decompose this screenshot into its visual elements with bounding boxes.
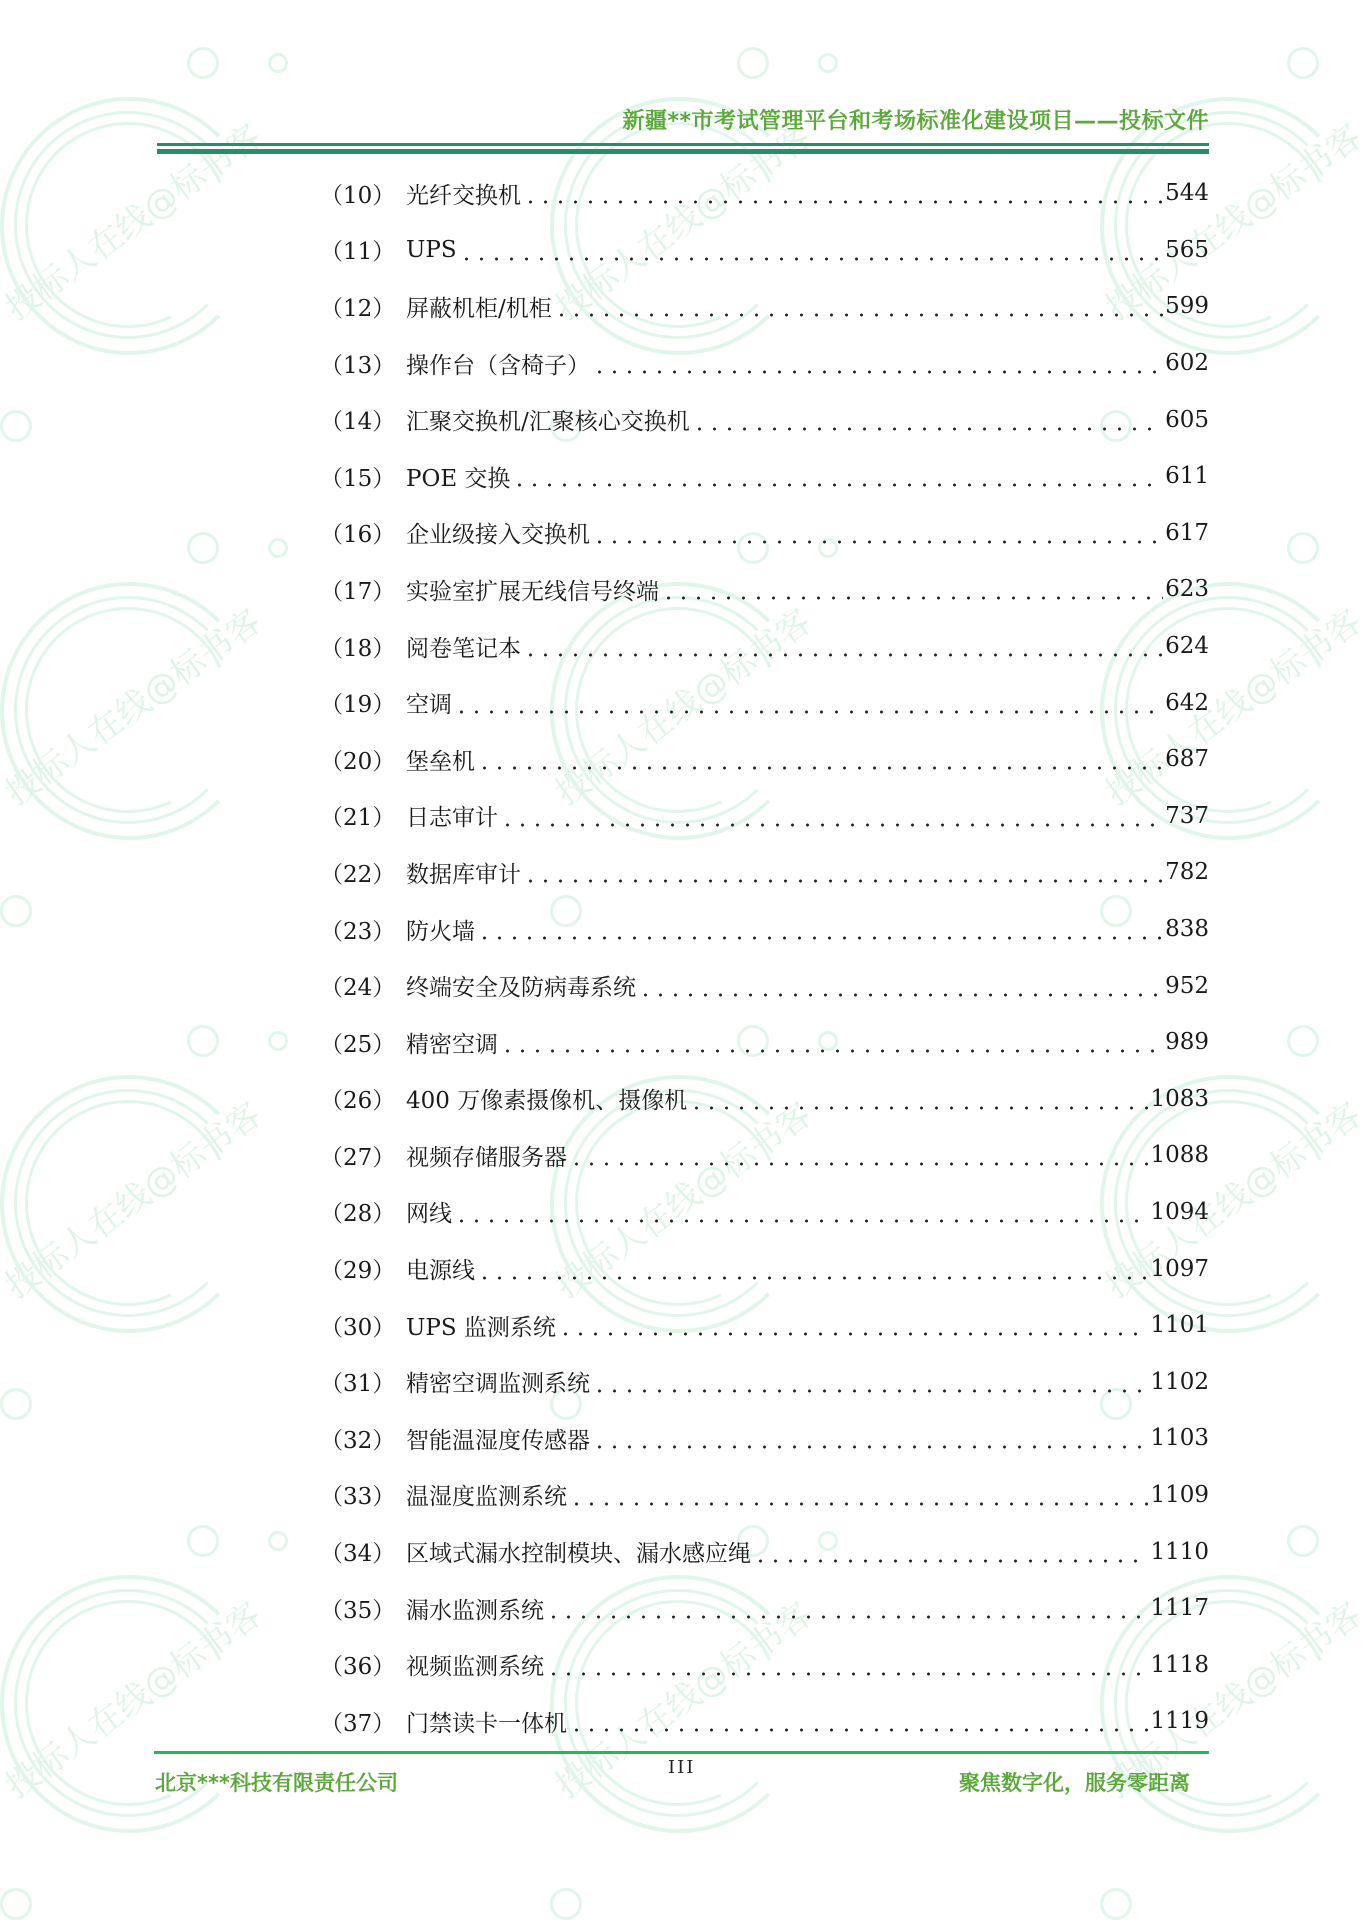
toc-entry[interactable]: （30）UPS 监测系统1101: [320, 1297, 1209, 1354]
toc-entry-page: 1101: [1150, 1312, 1209, 1338]
toc-entry[interactable]: （36）视频监测系统1118: [320, 1636, 1209, 1693]
toc-entry-number: （30）: [320, 1309, 406, 1342]
toc-entry[interactable]: （22）数据库审计782: [320, 844, 1209, 901]
toc-entry-number: （14）: [320, 403, 406, 436]
toc-entry-number: （25）: [320, 1026, 406, 1059]
toc-entry[interactable]: （17）实验室扩展无线信号终端623: [320, 561, 1209, 618]
dot-leader: [477, 1259, 1148, 1283]
toc-entry-number: （21）: [320, 799, 406, 832]
toc-entry-title: 400 万像素摄像机、摄像机: [406, 1082, 687, 1115]
dot-leader: [689, 1089, 1148, 1113]
toc-entry-title: 漏水监测系统: [406, 1592, 544, 1625]
toc-entry-page: 1109: [1150, 1482, 1209, 1508]
toc-entry-title: 网线: [406, 1195, 452, 1228]
dot-leader: [523, 183, 1163, 207]
toc-entry[interactable]: （26）400 万像素摄像机、摄像机1083: [320, 1071, 1209, 1128]
toc-entry-page: 599: [1165, 293, 1209, 319]
toc-entry-number: （26）: [320, 1082, 406, 1115]
toc-entry-page: 782: [1165, 859, 1209, 885]
toc-entry-number: （13）: [320, 347, 406, 380]
toc-entry[interactable]: （31）精密空调监测系统1102: [320, 1353, 1209, 1410]
toc-entry-title: 企业级接入交换机: [406, 516, 590, 549]
toc-entry[interactable]: （12）屏蔽机柜/机柜599: [320, 278, 1209, 335]
dot-leader: [592, 523, 1163, 547]
toc-entry-page: 565: [1165, 237, 1209, 263]
toc-entry[interactable]: （33）温湿度监测系统1109: [320, 1467, 1209, 1524]
dot-leader: [592, 353, 1163, 377]
toc-entry-page: 1094: [1150, 1199, 1209, 1225]
toc-entry[interactable]: （25）精密空调989: [320, 1014, 1209, 1071]
toc-entry-number: （24）: [320, 969, 406, 1002]
toc-entry[interactable]: （20）堡垒机687: [320, 731, 1209, 788]
toc-entry-page: 642: [1165, 690, 1209, 716]
toc-entry[interactable]: （15）POE 交换611: [320, 448, 1209, 505]
toc-entry-page: 1110: [1150, 1539, 1209, 1565]
toc-entry-title: 视频存储服务器: [406, 1139, 567, 1172]
toc-entry[interactable]: （13）操作台（含椅子）602: [320, 335, 1209, 392]
toc-entry-title: 精密空调: [406, 1026, 498, 1059]
toc-entry[interactable]: （29）电源线1097: [320, 1240, 1209, 1297]
toc-entry-title: 智能温湿度传感器: [406, 1422, 590, 1455]
toc-entry-page: 602: [1165, 350, 1209, 376]
toc-entry-page: 737: [1165, 803, 1209, 829]
toc-entry-number: （10）: [320, 177, 406, 210]
header-rule-thin: [157, 143, 1209, 146]
dot-leader: [523, 862, 1163, 886]
toc-entry-number: （37）: [320, 1705, 406, 1738]
toc-entry-title: 空调: [406, 686, 452, 719]
toc-entry-number: （34）: [320, 1535, 406, 1568]
header-title: 新疆**市考试管理平台和考场标准化建设项目——投标文件: [622, 104, 1209, 135]
dot-leader: [592, 1372, 1148, 1396]
toc-entry-title: POE 交换: [406, 460, 510, 493]
toc-entry-page: 544: [1165, 180, 1209, 206]
dot-leader: [500, 806, 1163, 830]
toc-entry-number: （23）: [320, 913, 406, 946]
toc-entry[interactable]: （35）漏水监测系统1117: [320, 1580, 1209, 1637]
toc-entry[interactable]: （27）视频存储服务器1088: [320, 1127, 1209, 1184]
toc-entry[interactable]: （32）智能温湿度传感器1103: [320, 1410, 1209, 1467]
toc-entry[interactable]: （10）光纤交换机544: [320, 165, 1209, 222]
toc-entry[interactable]: （21）日志审计737: [320, 788, 1209, 845]
toc-entry-title: 操作台（含椅子）: [406, 347, 590, 380]
toc-entry[interactable]: （28）网线1094: [320, 1184, 1209, 1241]
toc-entry-title: 电源线: [406, 1252, 475, 1285]
toc-entry-title: 日志审计: [406, 799, 498, 832]
toc-entry-page: 1088: [1150, 1142, 1209, 1168]
dot-leader: [569, 1485, 1148, 1509]
footer-slogan: 聚焦数字化，服务零距离: [959, 1767, 1190, 1797]
toc-entry-page: 1103: [1150, 1425, 1209, 1451]
toc-entry-number: （31）: [320, 1365, 406, 1398]
toc-entry-number: （36）: [320, 1648, 406, 1681]
toc-entry-number: （33）: [320, 1478, 406, 1511]
dot-leader: [512, 466, 1163, 490]
toc-entry-number: （20）: [320, 743, 406, 776]
toc-entry-number: （18）: [320, 630, 406, 663]
footer-rule: [154, 1751, 1209, 1754]
toc-entry-page: 1119: [1150, 1708, 1209, 1734]
toc-entry-title: 终端安全及防病毒系统: [406, 969, 636, 1002]
toc-entry-title: 温湿度监测系统: [406, 1478, 567, 1511]
dot-leader: [569, 1145, 1148, 1169]
toc-entry-number: （11）: [320, 233, 406, 266]
toc-entry-title: UPS: [406, 237, 457, 263]
footer-page-number: III: [668, 1757, 695, 1778]
toc-entry-page: 952: [1165, 973, 1209, 999]
document-page: 新疆**市考试管理平台和考场标准化建设项目——投标文件 （10）光纤交换机544…: [0, 0, 1366, 1932]
toc-entry-title: 汇聚交换机/汇聚核心交换机: [406, 403, 690, 436]
toc-entry-title: 门禁读卡一体机: [406, 1705, 567, 1738]
dot-leader: [638, 976, 1163, 1000]
dot-leader: [477, 919, 1163, 943]
toc-entry-title: 阅卷笔记本: [406, 630, 521, 663]
toc-entry-page: 623: [1165, 576, 1209, 602]
toc-entry[interactable]: （18）阅卷笔记本624: [320, 618, 1209, 675]
toc-entry-page: 1097: [1150, 1256, 1209, 1282]
toc-entry-page: 605: [1165, 407, 1209, 433]
toc-entry-title: 实验室扩展无线信号终端: [406, 573, 659, 606]
toc-entry-number: （28）: [320, 1195, 406, 1228]
toc-entry-number: （27）: [320, 1139, 406, 1172]
toc-entry-page: 617: [1165, 520, 1209, 546]
dot-leader: [500, 1032, 1163, 1056]
dot-leader: [692, 410, 1163, 434]
toc-entry-title: 区域式漏水控制模块、漏水感应绳: [406, 1535, 751, 1568]
dot-leader: [477, 749, 1163, 773]
toc-entry-number: （16）: [320, 516, 406, 549]
toc-entry[interactable]: （37）门禁读卡一体机1119: [320, 1693, 1209, 1750]
toc-entry[interactable]: （11）UPS565: [320, 222, 1209, 279]
toc-entry-page: 687: [1165, 746, 1209, 772]
dot-leader: [592, 1428, 1148, 1452]
table-of-contents: （10）光纤交换机544（11）UPS565（12）屏蔽机柜/机柜599（13）…: [320, 165, 1209, 1750]
footer-company: 北京***科技有限责任公司: [155, 1767, 398, 1797]
toc-entry-title: 精密空调监测系统: [406, 1365, 590, 1398]
toc-entry-number: （12）: [320, 290, 406, 323]
toc-entry[interactable]: （23）防火墙838: [320, 901, 1209, 958]
toc-entry-number: （29）: [320, 1252, 406, 1285]
toc-entry[interactable]: （24）终端安全及防病毒系统952: [320, 957, 1209, 1014]
header-rule-thick: [157, 149, 1209, 154]
dot-leader: [546, 1598, 1148, 1622]
dot-leader: [569, 1711, 1148, 1735]
dot-leader: [546, 1655, 1148, 1679]
toc-entry-page: 1102: [1150, 1369, 1209, 1395]
toc-entry-number: （22）: [320, 856, 406, 889]
toc-entry[interactable]: （14）汇聚交换机/汇聚核心交换机605: [320, 391, 1209, 448]
toc-entry-number: （32）: [320, 1422, 406, 1455]
toc-entry-title: UPS 监测系统: [406, 1309, 556, 1342]
toc-entry-page: 838: [1165, 916, 1209, 942]
toc-entry-title: 堡垒机: [406, 743, 475, 776]
toc-entry[interactable]: （19）空调642: [320, 674, 1209, 731]
toc-entry-page: 1117: [1150, 1595, 1209, 1621]
dot-leader: [523, 636, 1163, 660]
toc-entry-page: 611: [1165, 463, 1209, 489]
dot-leader: [753, 1542, 1148, 1566]
toc-entry-number: （19）: [320, 686, 406, 719]
toc-entry-page: 989: [1165, 1029, 1209, 1055]
dot-leader: [554, 296, 1163, 320]
dot-leader: [454, 693, 1163, 717]
toc-entry-page: 624: [1165, 633, 1209, 659]
dot-leader: [454, 1202, 1148, 1226]
toc-entry-title: 防火墙: [406, 913, 475, 946]
toc-entry-page: 1083: [1150, 1086, 1209, 1112]
toc-entry-number: （15）: [320, 460, 406, 493]
toc-entry[interactable]: （16）企业级接入交换机617: [320, 505, 1209, 562]
toc-entry[interactable]: （34）区域式漏水控制模块、漏水感应绳1110: [320, 1523, 1209, 1580]
dot-leader: [661, 579, 1163, 603]
toc-entry-title: 数据库审计: [406, 856, 521, 889]
toc-entry-number: （17）: [320, 573, 406, 606]
toc-entry-page: 1118: [1150, 1652, 1209, 1678]
dot-leader: [459, 240, 1163, 264]
toc-entry-title: 光纤交换机: [406, 177, 521, 210]
toc-entry-number: （35）: [320, 1592, 406, 1625]
toc-entry-title: 视频监测系统: [406, 1648, 544, 1681]
toc-entry-title: 屏蔽机柜/机柜: [406, 290, 552, 323]
dot-leader: [558, 1315, 1149, 1339]
